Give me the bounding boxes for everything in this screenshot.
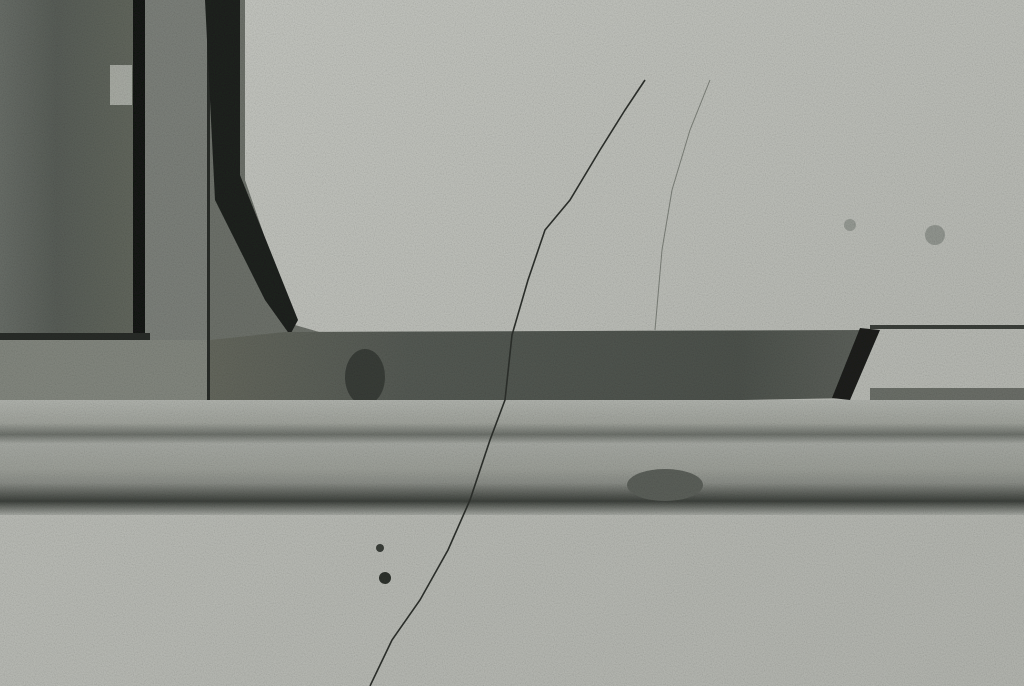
wall-photograph	[0, 0, 1024, 686]
wall-scene	[0, 0, 1024, 686]
